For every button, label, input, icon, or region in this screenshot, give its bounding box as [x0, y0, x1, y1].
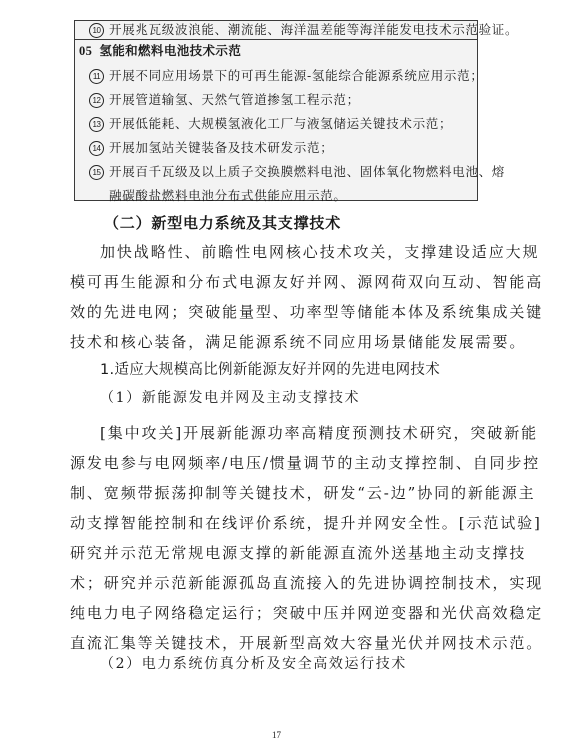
- box-item-continuation: 融碳酸盐燃料电池分布式供能应用示范。: [89, 184, 505, 208]
- box-item-text: 开展管道输氢、天然气管道掺氢工程示范；: [109, 92, 360, 107]
- circled-number-icon: 11: [89, 69, 104, 84]
- paragraph-line: 术；研究并示范新能源孤岛直流接入的先进协调控制技术，实现: [70, 568, 490, 598]
- box-item-text: 开展加氢站关键装备及技术研发示范；: [109, 140, 333, 155]
- circled-number-icon: 10: [89, 23, 104, 38]
- box-item-11: 11开展不同应用场景下的可再生能源-氢能综合能源系统应用示范；: [89, 64, 484, 88]
- paragraph-line: 技术和核心装备，满足能源系统不同应用场景储能发展需要。: [70, 327, 490, 357]
- item-heading-2: （2）电力系统仿真分析及安全高效运行技术: [100, 651, 407, 677]
- paragraph-line: 模可再生能源和分布式电源友好并网、源网荷双向互动、智能高: [70, 267, 490, 297]
- box-item-13: 13开展低能耗、大规模氢液化工厂与液氢储运关键技术示范；: [89, 112, 452, 136]
- intro-paragraph: 加快战略性、前瞻性电网核心技术攻关，支撑建设适应大规 模可再生能源和分布式电源友…: [70, 237, 490, 357]
- box-item-text: 开展不同应用场景下的可再生能源-氢能综合能源系统应用示范；: [109, 68, 484, 83]
- document-page: 10开展兆瓦级波浪能、潮流能、海洋温差能等海洋能发电技术示范验证。 05氢能和燃…: [0, 0, 570, 747]
- box-item-12: 12开展管道输氢、天然气管道掺氢工程示范；: [89, 88, 360, 112]
- box-section-number: 05: [79, 44, 92, 58]
- circled-number-icon: 14: [89, 141, 104, 156]
- circled-number-icon: 13: [89, 117, 104, 132]
- subsection-heading: 1.适应大规模高比例新能源友好并网的先进电网技术: [100, 357, 440, 383]
- box-section-heading: 05氢能和燃料电池技术示范: [79, 41, 241, 61]
- circled-number-icon: 15: [89, 165, 104, 180]
- box-item-10: 10开展兆瓦级波浪能、潮流能、海洋温差能等海洋能发电技术示范验证。: [75, 21, 477, 40]
- box-item-15: 15开展百千瓦级及以上质子交换膜燃料电池、固体氧化物燃料电池、熔 融碳酸盐燃料电…: [89, 160, 505, 208]
- item-1-paragraph: [集中攻关]开展新能源功率高精度预测技术研究，突破新能 源发电参与电网频率/电压…: [70, 418, 490, 658]
- box-item-text: 开展低能耗、大规模氢液化工厂与液氢储运关键技术示范；: [109, 116, 452, 131]
- circled-number-icon: 12: [89, 93, 104, 108]
- box-item-14: 14开展加氢站关键装备及技术研发示范；: [89, 136, 333, 160]
- box-item-text: 开展兆瓦级波浪能、潮流能、海洋温差能等海洋能发电技术示范验证。: [109, 22, 518, 37]
- box-item-text: 开展百千瓦级及以上质子交换膜燃料电池、固体氧化物燃料电池、熔: [109, 164, 505, 179]
- paragraph-line: 动支撑智能控制和在线评价系统，提升并网安全性。[示范试验]: [70, 508, 490, 538]
- page-number: 17: [272, 730, 281, 740]
- section-heading: （二）新型电力系统及其支撑技术: [104, 210, 341, 236]
- item-heading-1: （1）新能源发电并网及主动支撑技术: [100, 385, 360, 411]
- demo-projects-box: 10开展兆瓦级波浪能、潮流能、海洋温差能等海洋能发电技术示范验证。 05氢能和燃…: [74, 20, 478, 201]
- paragraph-line: 研究并示范无常规电源支撑的新能源直流外送基地主动支撑技: [70, 538, 490, 568]
- paragraph-line: [集中攻关]开展新能源功率高精度预测技术研究，突破新能: [70, 418, 490, 448]
- box-section-title: 氢能和燃料电池技术示范: [99, 43, 241, 58]
- paragraph-line: 源发电参与电网频率/电压/惯量调节的主动支撑控制、自同步控: [70, 448, 490, 478]
- paragraph-line: 制、宽频带振荡抑制等关键技术，研发“云-边”协同的新能源主: [70, 478, 490, 508]
- paragraph-line: 加快战略性、前瞻性电网核心技术攻关，支撑建设适应大规: [70, 237, 490, 267]
- paragraph-line: 效的先进电网；突破能量型、功率型等储能本体及系统集成关键: [70, 297, 490, 327]
- paragraph-line: 纯电力电子网络稳定运行；突破中压并网逆变器和光伏高效稳定: [70, 598, 490, 628]
